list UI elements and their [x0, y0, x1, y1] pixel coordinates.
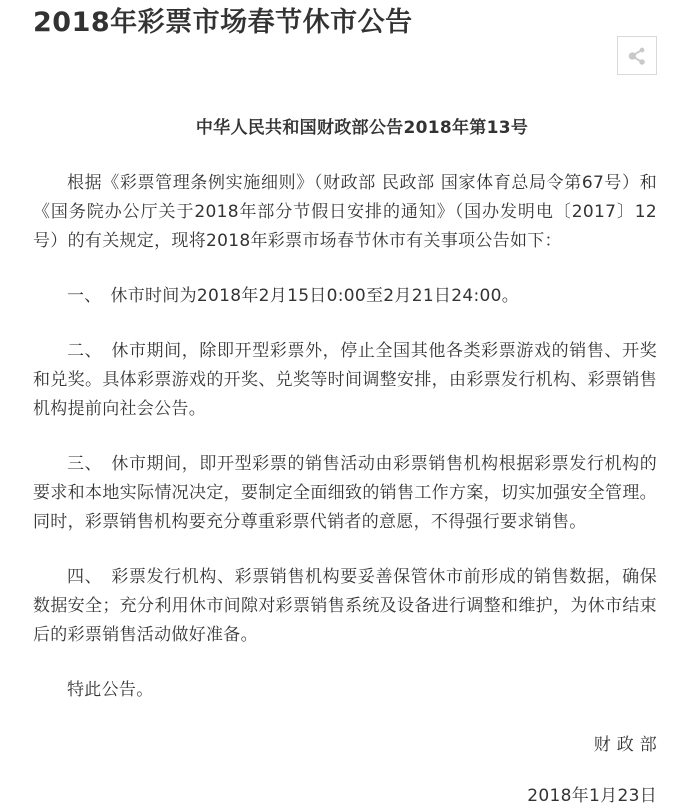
- issue-date: 2018年1月23日: [33, 782, 657, 811]
- intro-paragraph: 根据《彩票管理条例实施细则》（财政部 民政部 国家体育总局令第67号）和《国务院…: [33, 169, 657, 256]
- issuer-signature: 财 政 部: [33, 731, 657, 760]
- share-icon: [626, 45, 648, 67]
- announcement-page: 2018年彩票市场春节休市公告 中华人民共和国财政部公告2018年第13号 根据…: [0, 0, 674, 811]
- item-2-suspension-scope: 二、 休市期间，除即开型彩票外，停止全国其他各类彩票游戏的销售、开奖和兑奖。具体…: [33, 337, 657, 424]
- closing-line: 特此公告。: [33, 676, 657, 705]
- item-3-instant-lottery: 三、 休市期间，即开型彩票的销售活动由彩票销售机构根据彩票发行机构的要求和本地实…: [33, 450, 657, 537]
- item-1-closure-time: 一、 休市时间为2018年2月15日0:00至2月21日24:00。: [33, 282, 657, 311]
- article-content: 中华人民共和国财政部公告2018年第13号 根据《彩票管理条例实施细则》（财政部…: [33, 114, 657, 811]
- document-number: 中华人民共和国财政部公告2018年第13号: [33, 114, 657, 143]
- page-title: 2018年彩票市场春节休市公告: [33, 6, 657, 40]
- share-button[interactable]: [617, 36, 657, 75]
- item-4-data-safety: 四、 彩票发行机构、彩票销售机构要妥善保管休市前形成的销售数据，确保数据安全；充…: [33, 563, 657, 650]
